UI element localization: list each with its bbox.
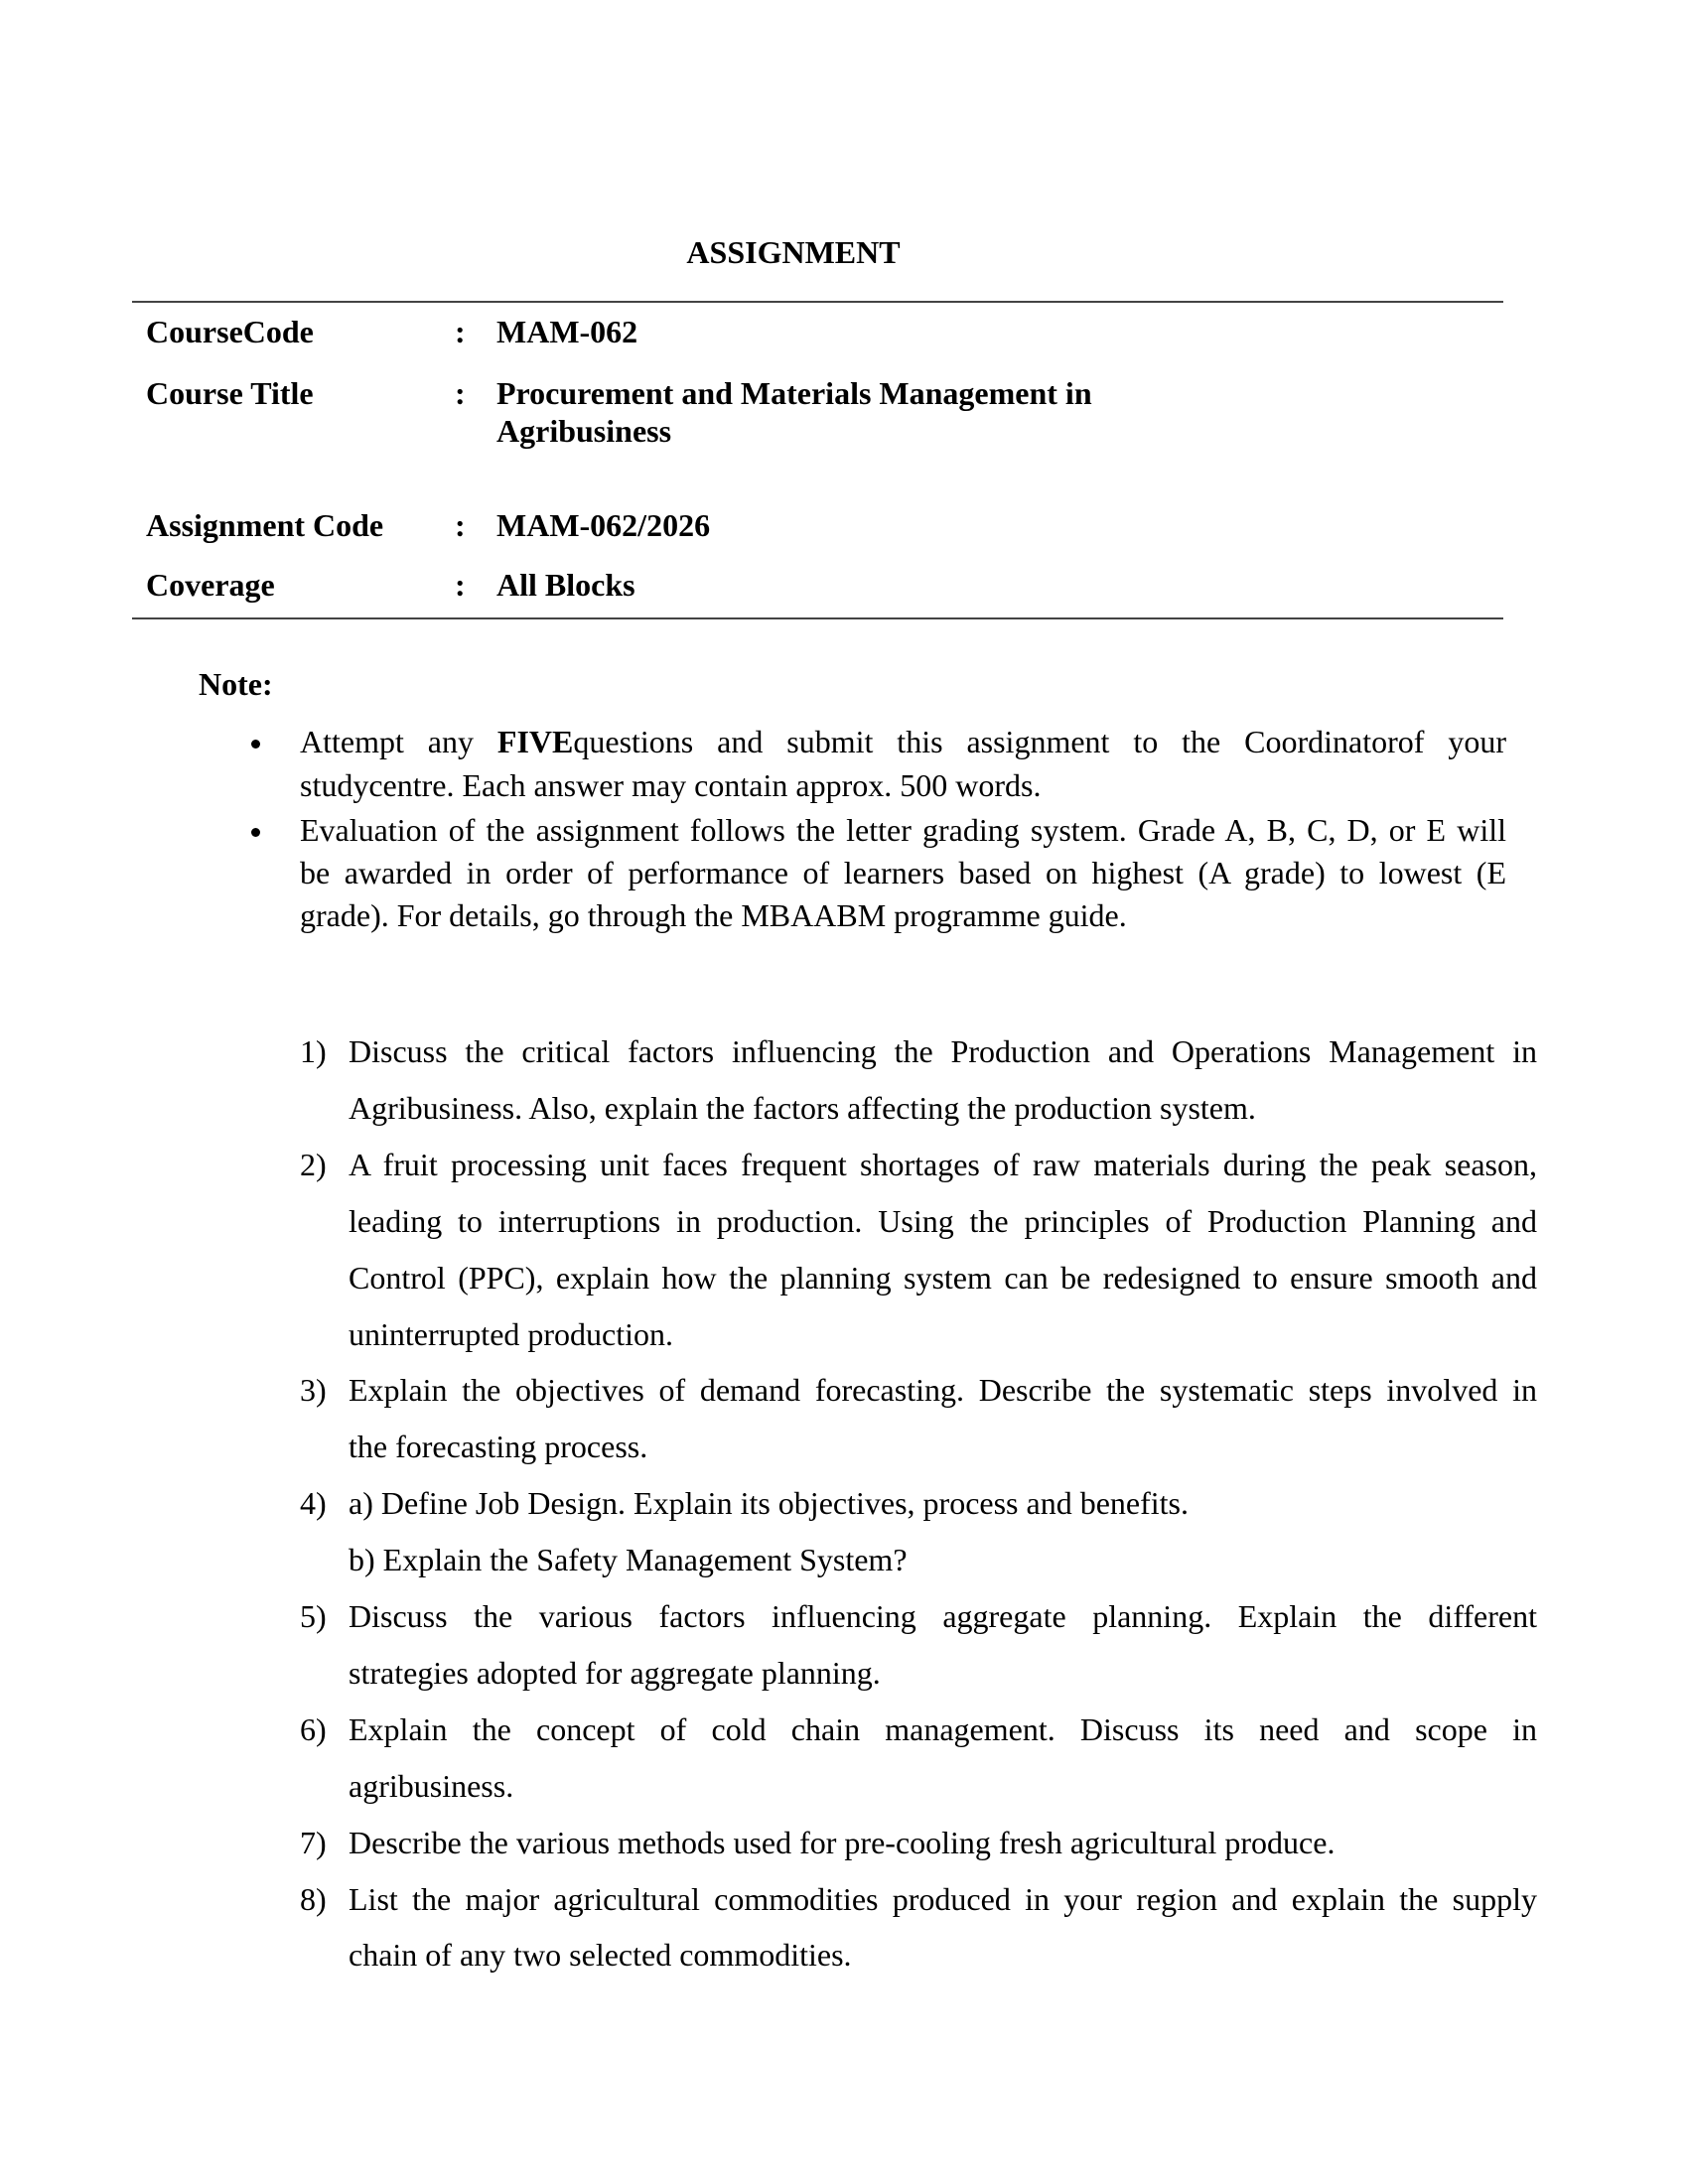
question-text-line: List the major agricultural commodities … bbox=[349, 1883, 1537, 1915]
question-number: 2) bbox=[300, 1149, 327, 1180]
detail-label: CourseCode bbox=[146, 316, 314, 347]
question-text-line: leading to interruptions in production. … bbox=[349, 1205, 1537, 1237]
detail-label: Coverage bbox=[146, 569, 275, 601]
question-text-line: Agribusiness. Also, explain the factors … bbox=[349, 1092, 1256, 1124]
emphasis-five: FIVE bbox=[497, 724, 573, 759]
question-text-line: a) Define Job Design. Explain its object… bbox=[349, 1487, 1189, 1519]
question-number: 7) bbox=[300, 1827, 327, 1858]
question-number: 6) bbox=[300, 1713, 327, 1745]
detail-value: All Blocks bbox=[496, 569, 635, 601]
header-top-divider bbox=[132, 301, 1503, 303]
detail-value: MAM-062/2026 bbox=[496, 509, 710, 541]
bullet-line: Attempt any FIVEquestions and submit thi… bbox=[300, 726, 1506, 757]
page-title: ASSIGNMENT bbox=[0, 236, 1587, 268]
question-text-line: Control (PPC), explain how the planning … bbox=[349, 1262, 1537, 1294]
question-number: 8) bbox=[300, 1883, 327, 1915]
bullet-line: studycentre. Each answer may contain app… bbox=[300, 769, 1041, 801]
question-text-line: Explain the concept of cold chain manage… bbox=[349, 1713, 1537, 1745]
question-number: 5) bbox=[300, 1600, 327, 1632]
header-bottom-divider bbox=[132, 617, 1503, 619]
bullet-line: grade). For details, go through the MBAA… bbox=[300, 899, 1127, 931]
detail-separator: : bbox=[455, 509, 466, 541]
detail-separator: : bbox=[455, 377, 466, 409]
detail-value-continued: Agribusiness bbox=[496, 415, 671, 447]
detail-value: Procurement and Materials Management in bbox=[496, 377, 1092, 409]
bullet-line: be awarded in order of performance of le… bbox=[300, 857, 1506, 888]
question-text-line: Discuss the critical factors influencing… bbox=[349, 1035, 1537, 1067]
detail-value: MAM-062 bbox=[496, 316, 637, 347]
question-text-line: uninterrupted production. bbox=[349, 1318, 673, 1350]
question-text-line: the forecasting process. bbox=[349, 1431, 647, 1462]
question-text-line: Discuss the various factors influencing … bbox=[349, 1600, 1537, 1632]
question-text-line: A fruit processing unit faces frequent s… bbox=[349, 1149, 1537, 1180]
question-number: 3) bbox=[300, 1374, 327, 1406]
bullet-line: Evaluation of the assignment follows the… bbox=[300, 814, 1506, 846]
note-heading: Note: bbox=[199, 668, 273, 700]
question-text-line: chain of any two selected commodities. bbox=[349, 1939, 852, 1971]
question-text-line: Explain the objectives of demand forecas… bbox=[349, 1374, 1537, 1406]
detail-separator: : bbox=[455, 316, 466, 347]
detail-label: Course Title bbox=[146, 377, 314, 409]
bullet-dot-icon bbox=[251, 740, 260, 749]
detail-separator: : bbox=[455, 569, 466, 601]
question-text-line: strategies adopted for aggregate plannin… bbox=[349, 1657, 881, 1689]
question-text-line: Describe the various methods used for pr… bbox=[349, 1827, 1335, 1858]
question-text-line: agribusiness. bbox=[349, 1770, 513, 1802]
detail-label: Assignment Code bbox=[146, 509, 383, 541]
question-text-line: b) Explain the Safety Management System? bbox=[349, 1544, 908, 1575]
question-number: 1) bbox=[300, 1035, 327, 1067]
question-number: 4) bbox=[300, 1487, 327, 1519]
bullet-dot-icon bbox=[251, 828, 260, 837]
